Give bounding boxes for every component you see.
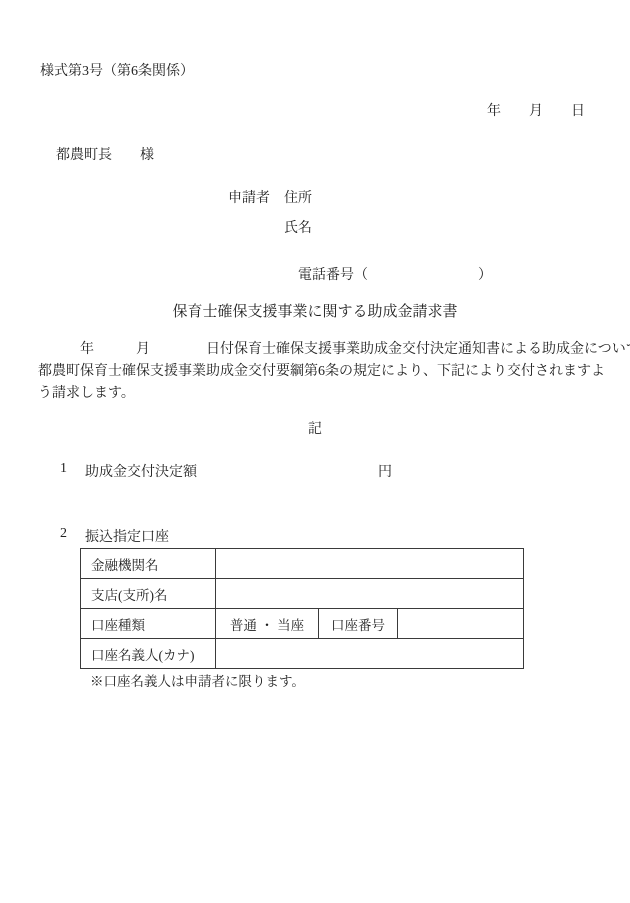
paragraph-line: 年 月 日付保育士確保支援事業助成金交付決定通知書による助成金について、 [38, 339, 623, 361]
account-holder-label: 口座名義人(カナ) [81, 639, 216, 669]
item-2-bank-account: 2 振込指定口座 [0, 526, 630, 544]
applicant-phone-line: 電話番号（） [284, 250, 492, 301]
table-row-branch-name: 支店(支所)名 [81, 579, 524, 609]
account-number-label: 口座番号 [319, 609, 398, 639]
item-2-number: 2 [60, 526, 67, 542]
item-1-label: 助成金交付決定額 [85, 461, 197, 481]
paragraph-line: う請求します。 [38, 383, 623, 405]
date-line: 年 月 日 [487, 103, 585, 120]
document-title: 保育士確保支援事業に関する助成金請求書 [0, 303, 630, 321]
phone-open-paren: （ [354, 268, 368, 283]
addressee: 都農町長 様 [56, 147, 154, 164]
applicant-address-line: 申請者 住所 [228, 190, 312, 207]
paragraph-line: 都農町保育士確保支援事業助成金交付要綱第6条の規定により、下記により交付されます… [38, 361, 623, 383]
account-holder-value-cell [216, 639, 524, 669]
table-row-account-type: 口座種類 普通 ・ 当座 口座番号 [81, 609, 524, 639]
account-type-options: 普通 ・ 当座 [216, 609, 319, 639]
financial-institution-value-cell [216, 549, 524, 579]
phone-close-paren: ） [478, 268, 492, 283]
phone-number-blank [368, 278, 478, 279]
item-1-currency-unit: 円 [378, 461, 392, 481]
table-row-financial-institution: 金融機関名 [81, 549, 524, 579]
applicant-name-label: 氏名 [284, 220, 312, 237]
item-1-number: 1 [60, 461, 67, 477]
record-marker: 記 [0, 421, 630, 438]
item-2-label: 振込指定口座 [85, 526, 169, 546]
financial-institution-label: 金融機関名 [81, 549, 216, 579]
item-1-grant-amount: 1 助成金交付決定額 円 [0, 461, 630, 479]
account-number-value-cell [398, 609, 524, 639]
body-paragraph: 年 月 日付保育士確保支援事業助成金交付決定通知書による助成金について、 都農町… [38, 339, 623, 405]
table-row-account-holder: 口座名義人(カナ) [81, 639, 524, 669]
branch-name-label: 支店(支所)名 [81, 579, 216, 609]
account-type-label: 口座種類 [81, 609, 216, 639]
account-holder-note: ※口座名義人は申請者に限ります。 [90, 670, 305, 690]
bank-account-table: 金融機関名 支店(支所)名 口座種類 普通 ・ 当座 口座番号 口座名義人(カナ… [80, 548, 524, 669]
form-number: 様式第3号（第6条関係） [40, 63, 194, 80]
document-page: 様式第3号（第6条関係） 年 月 日 都農町長 様 申請者 住所 氏名 電話番号… [0, 0, 630, 903]
phone-label: 電話番号 [298, 268, 354, 283]
branch-name-value-cell [216, 579, 524, 609]
